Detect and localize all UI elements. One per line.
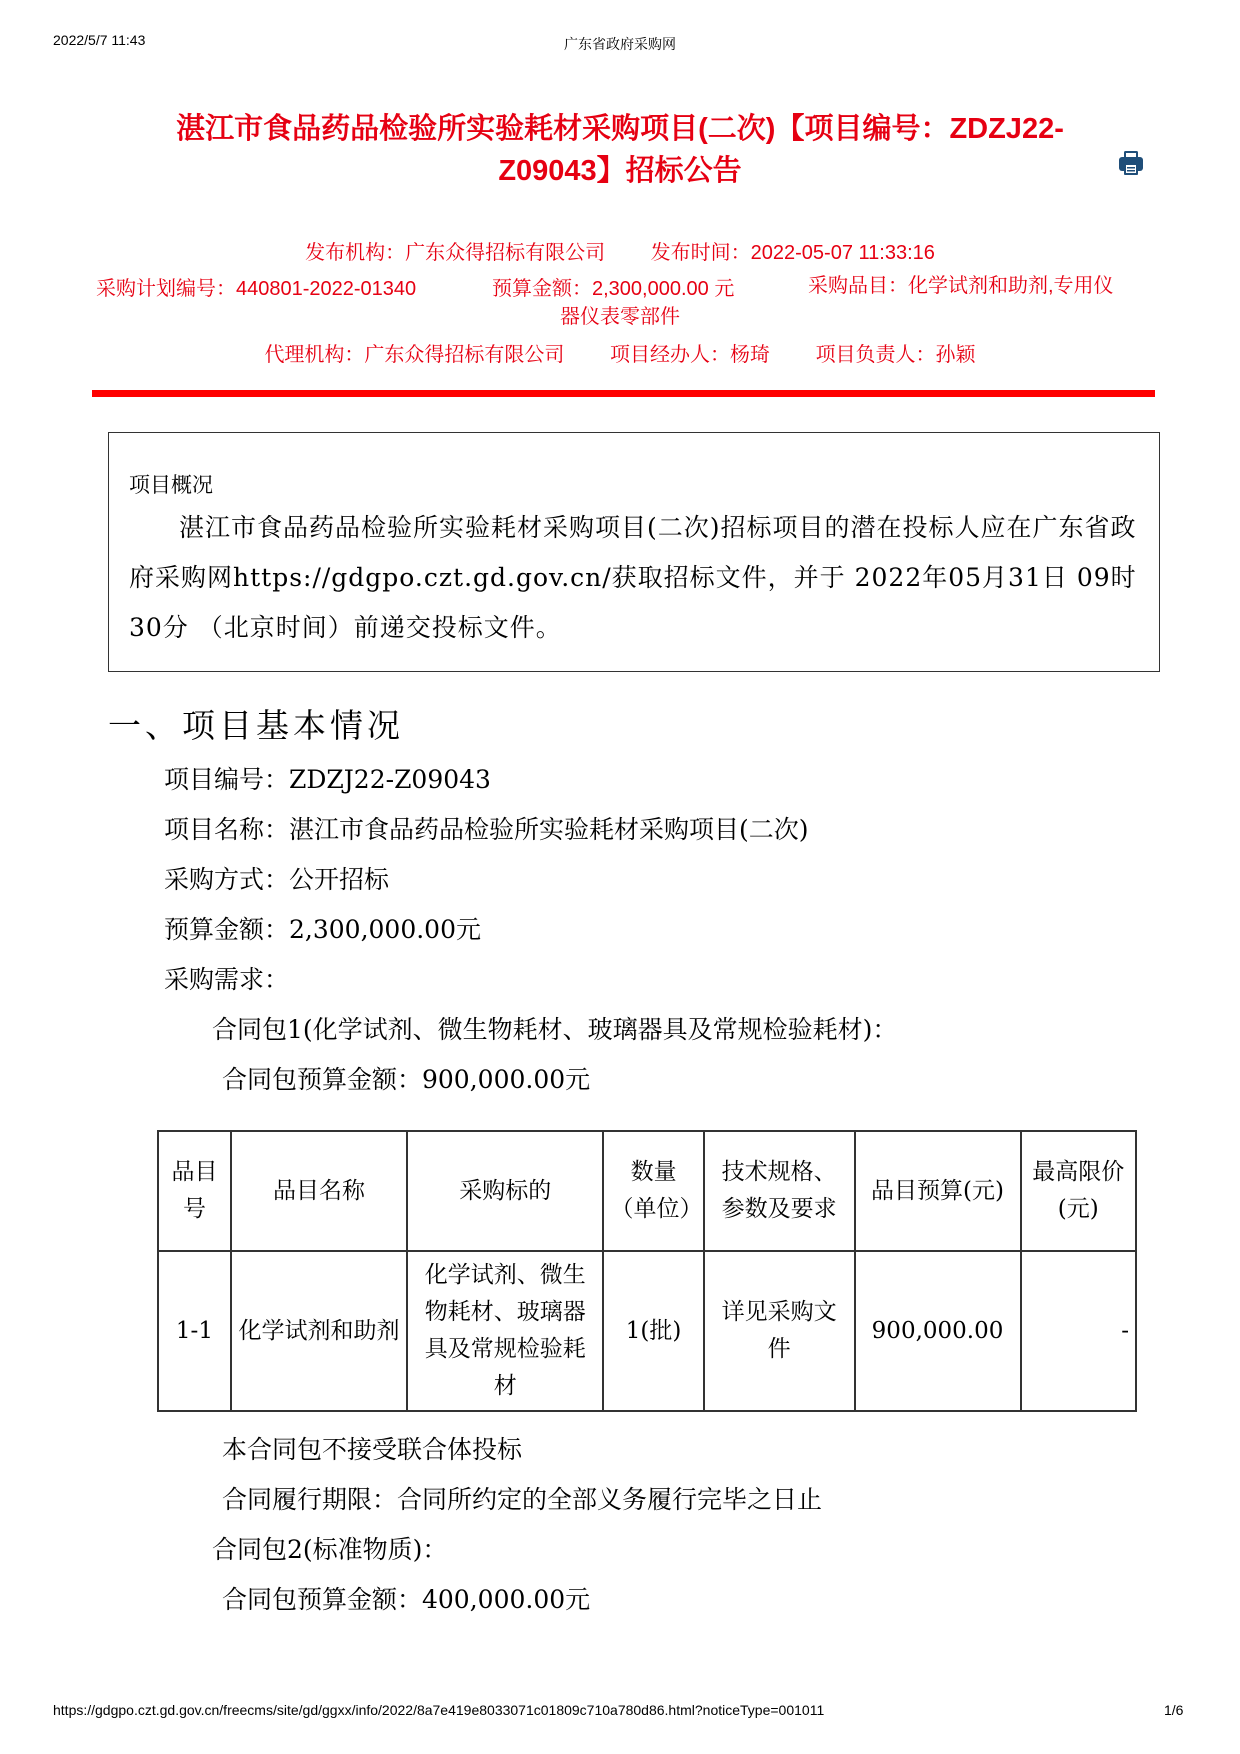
project-number: 项目编号：ZDZJ22-Z09043 [164,760,491,796]
meta-row-3: 代理机构：广东众得招标有限公司 项目经办人：杨琦 项目负责人：孙颖 [80,338,1160,367]
cell-budget: 900,000.00 [855,1251,1021,1411]
col-item-name: 品目名称 [231,1131,407,1251]
cell-specs: 详见采购文件 [704,1251,855,1411]
cell-quantity: 1(批) [603,1251,703,1411]
agency: 代理机构：广东众得招标有限公司 [264,344,564,366]
cell-item-number: 1-1 [158,1251,231,1411]
package2-title: 合同包2(标准物质)： [212,1530,447,1566]
package1-budget: 合同包预算金额：900,000.00元 [222,1060,590,1096]
items-table: 品目号 品目名称 采购标的 数量（单位） 技术规格、参数及要求 品目预算(元) … [157,1130,1137,1412]
project-name: 项目名称：湛江市食品药品检验所实验耗材采购项目(二次) [164,810,809,846]
title-line-2: Z09043】招标公告 [120,150,1120,192]
package2-budget: 合同包预算金额：400,000.00元 [222,1580,590,1616]
divider [92,390,1155,397]
cell-item-name: 化学试剂和助剂 [231,1251,407,1411]
col-max-price: 最高限价(元) [1021,1131,1136,1251]
col-subject: 采购标的 [407,1131,603,1251]
project-handler: 项目经办人：杨琦 [610,344,770,366]
page-title: 湛江市食品药品检验所实验耗材采购项目(二次)【项目编号：ZDZJ22- Z090… [120,108,1120,192]
contract-term: 合同履行期限：合同所约定的全部义务履行完毕之日止 [222,1480,822,1516]
page-url: https://gdgpo.czt.gd.gov.cn/freecms/site… [53,1702,824,1718]
col-quantity: 数量（单位） [603,1131,703,1251]
overview-box: 项目概况 湛江市食品药品检验所实验耗材采购项目(二次)招标项目的潜在投标人应在广… [108,432,1160,672]
publisher: 发布机构：广东众得招标有限公司 [305,242,605,264]
cell-subject: 化学试剂、微生物耗材、玻璃器具及常规检验耗材 [407,1251,603,1411]
plan-number: 采购计划编号：440801-2022-01340 [96,272,416,301]
publish-time: 发布时间：2022-05-07 11:33:16 [651,242,935,264]
page-number: 1/6 [1164,1702,1183,1718]
site-name: 广东省政府采购网 [0,34,1240,54]
print-button[interactable] [1116,148,1146,178]
procurement-method: 采购方式：公开招标 [164,860,389,896]
meta-row-1: 发布机构：广东众得招标有限公司 发布时间：2022-05-07 11:33:16 [80,236,1160,265]
requirements-label: 采购需求： [164,960,289,996]
table-row: 1-1 化学试剂和助剂 化学试剂、微生物耗材、玻璃器具及常规检验耗材 1(批) … [158,1251,1136,1411]
budget-amount: 预算金额：2,300,000.00 元 [492,272,734,301]
col-budget: 品目预算(元) [855,1131,1021,1251]
print-header: 2022/5/7 11:43 广东省政府采购网 [0,28,1240,52]
overview-body: 湛江市食品药品检验所实验耗材采购项目(二次)招标项目的潜在投标人应在广东省政府采… [129,503,1149,653]
title-line-1: 湛江市食品药品检验所实验耗材采购项目(二次)【项目编号：ZDZJ22- [120,108,1120,150]
procurement-category-cont: 器仪表零部件 [80,300,1160,329]
package1-title: 合同包1(化学试剂、微生物耗材、玻璃器具及常规检验耗材)： [212,1010,897,1046]
col-item-number: 品目号 [158,1131,231,1251]
col-specs: 技术规格、参数及要求 [704,1131,855,1251]
section-heading: 一、项目基本情况 [108,700,404,747]
printer-icon [1116,148,1146,178]
table-header-row: 品目号 品目名称 采购标的 数量（单位） 技术规格、参数及要求 品目预算(元) … [158,1131,1136,1251]
cell-max-price: - [1021,1251,1136,1411]
consortium-note: 本合同包不接受联合体投标 [222,1430,522,1466]
procurement-category: 采购品目：化学试剂和助剂,专用仪 [808,272,1148,300]
overview-title: 项目概况 [129,469,213,499]
budget: 预算金额：2,300,000.00元 [164,910,481,946]
project-manager: 项目负责人：孙颖 [816,344,976,366]
